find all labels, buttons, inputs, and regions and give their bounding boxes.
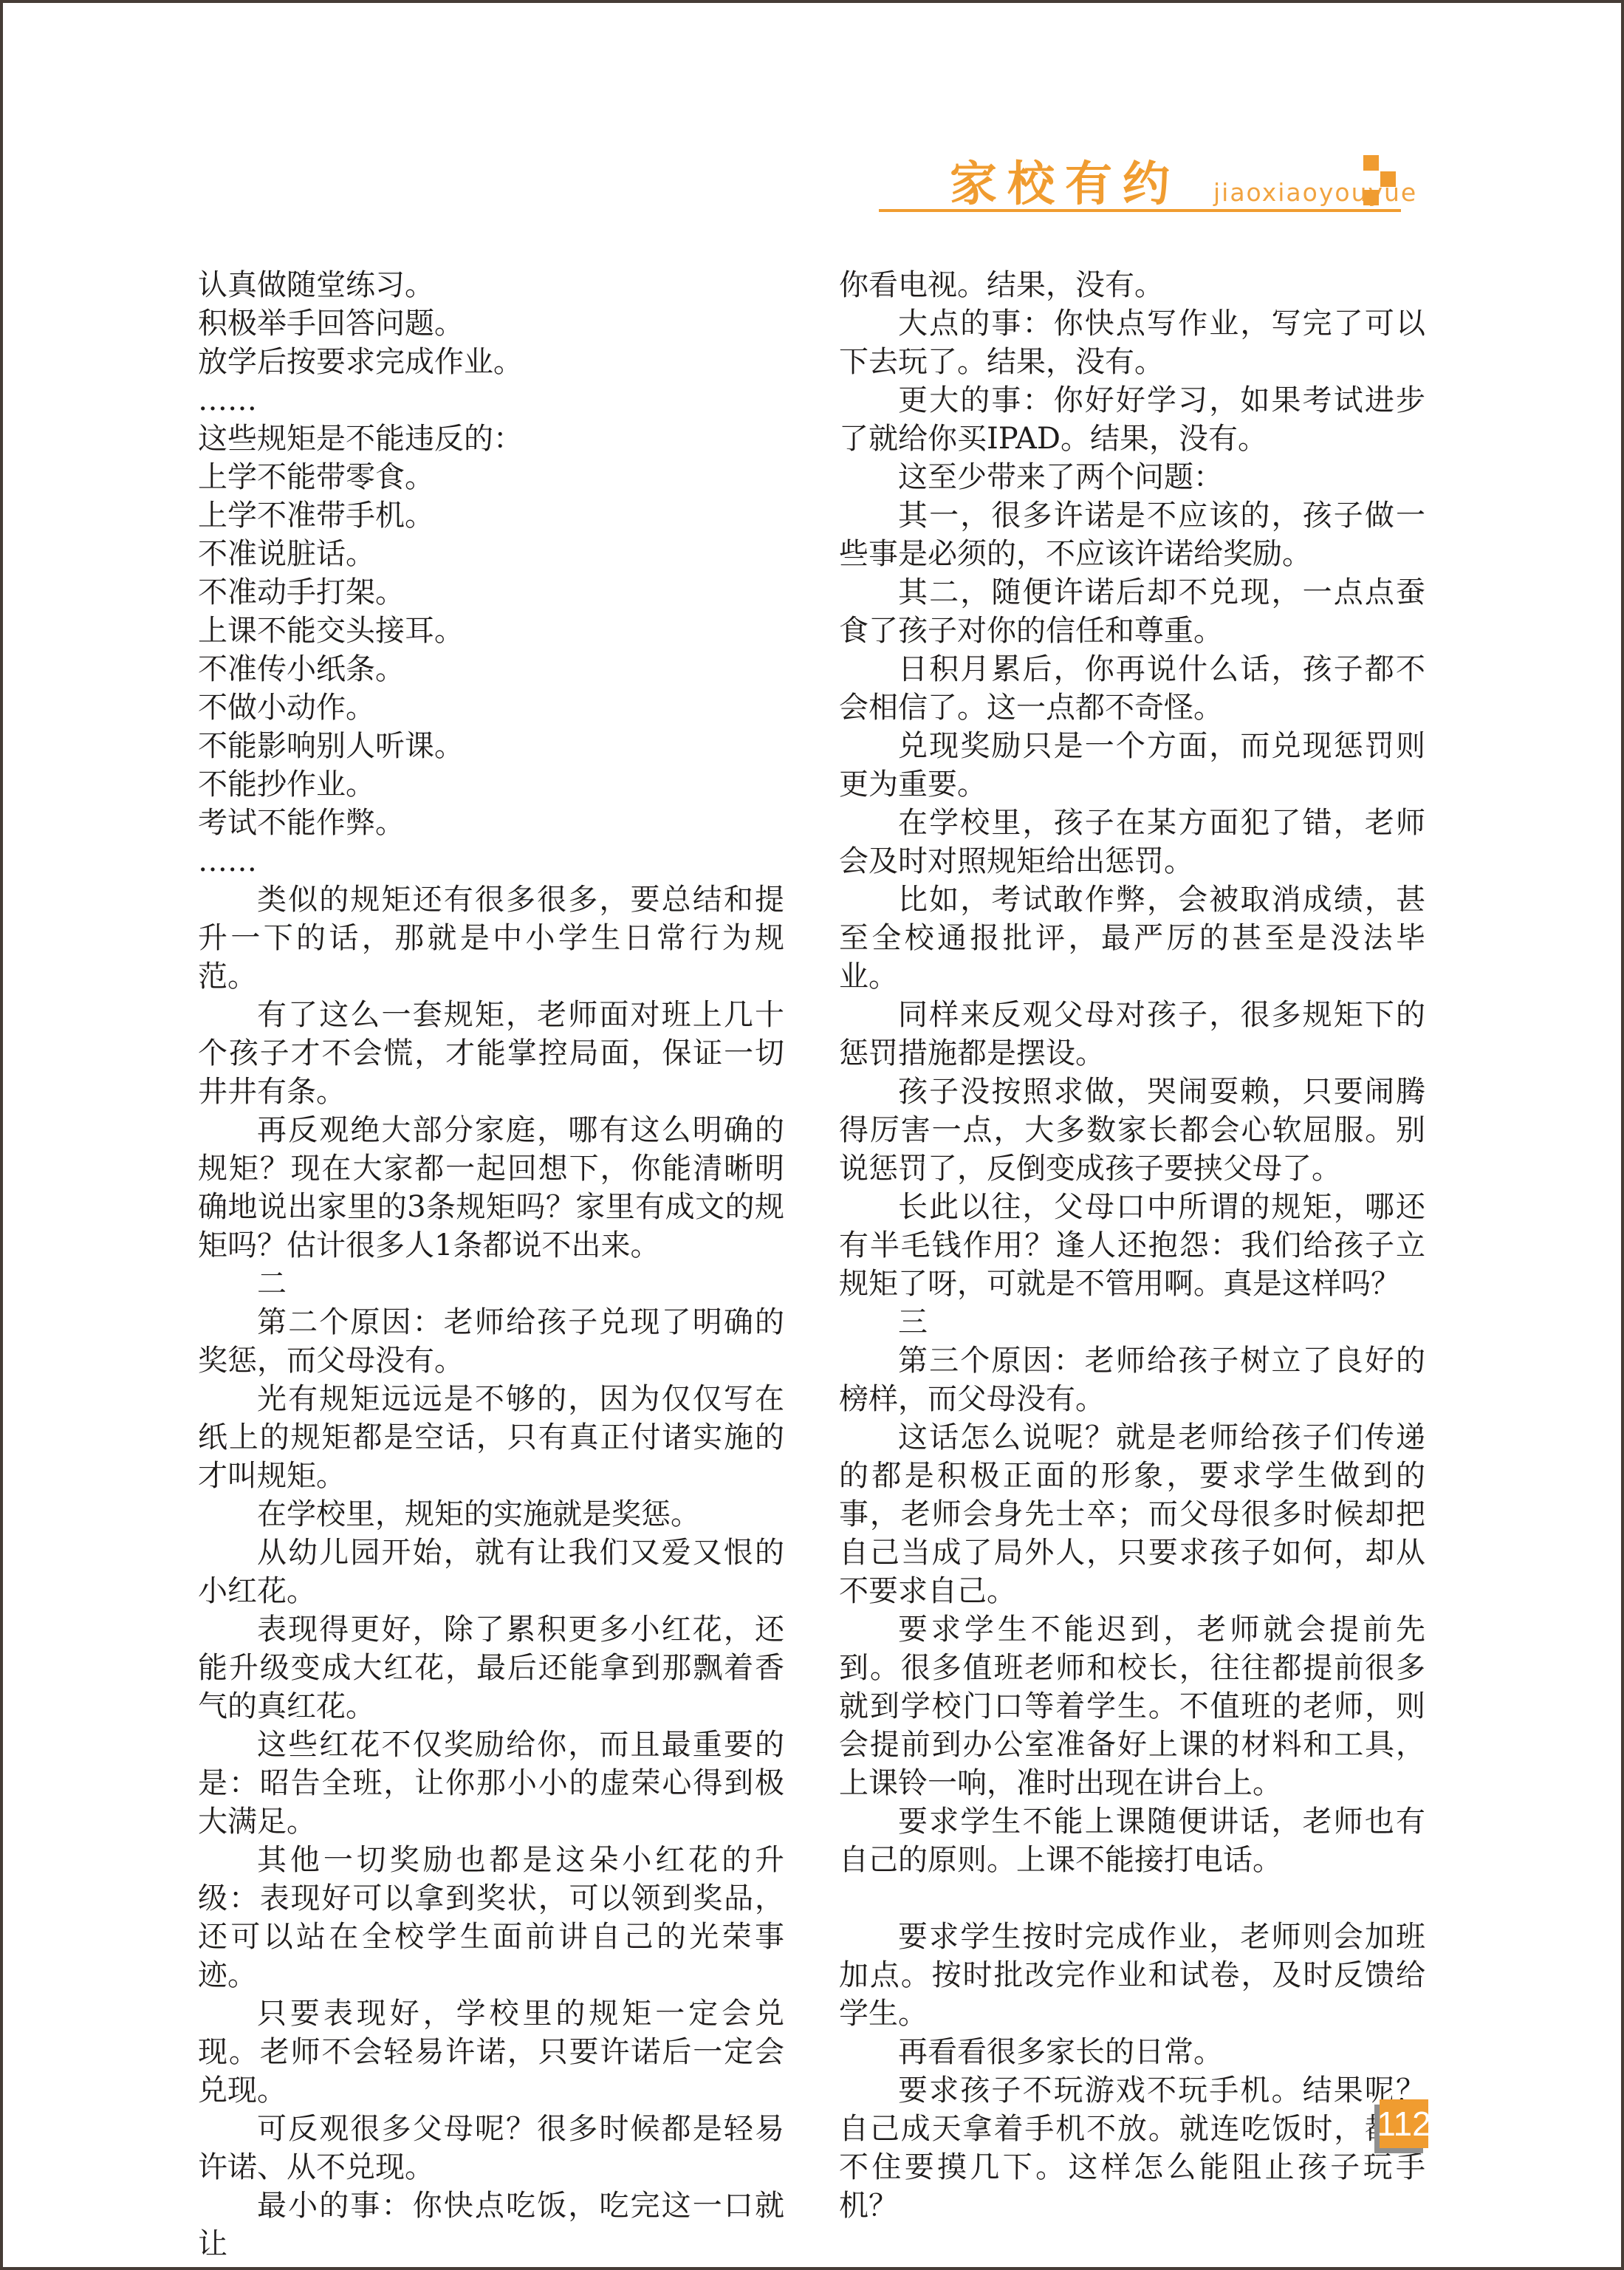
paragraph: 可反观很多父母呢？很多时候都是轻易许诺、从不兑现。 — [198, 2110, 784, 2187]
paragraph: 兑现奖励只是一个方面，而兑现惩罚则更为重要。 — [839, 727, 1425, 804]
paragraph: 二 — [198, 1265, 784, 1303]
paragraph: 这话怎么说呢？就是老师给孩子们传递的都是积极正面的形象，要求学生做到的事，老师会… — [839, 1418, 1425, 1610]
page-number: 112 — [1377, 2104, 1431, 2144]
paragraph: 要求学生按时完成作业，老师则会加班加点。按时批改完作业和试卷，及时反馈给学生。 — [839, 1918, 1425, 2033]
paragraph: 不能抄作业。 — [198, 765, 784, 804]
paragraph: 不做小动作。 — [198, 688, 784, 727]
paragraph: 上学不能带零食。 — [198, 458, 784, 496]
paragraph: 第二个原因：老师给孩子兑现了明确的奖惩，而父母没有。 — [198, 1303, 784, 1380]
paragraph: 比如，考试敢作弊，会被取消成绩，甚至全校通报批评，最严厉的甚至是没法毕业。 — [839, 881, 1425, 996]
paragraph: 你看电视。结果，没有。 — [839, 266, 1425, 304]
paragraph: 更大的事：你好好学习，如果考试进步了就给你买IPAD。结果，没有。 — [839, 381, 1425, 458]
paragraph: 这些红花不仅奖励给你，而且最重要的是：昭告全班，让你那小小的虚荣心得到极大满足。 — [198, 1726, 784, 1841]
paragraph: 在学校里，孩子在某方面犯了错，老师会及时对照规矩给出惩罚。 — [839, 804, 1425, 881]
right-column: 你看电视。结果，没有。大点的事：你快点写作业，写完了可以下去玩了。结果，没有。更… — [839, 266, 1425, 2225]
paragraph: 从幼儿园开始，就有让我们又爱又恨的小红花。 — [198, 1534, 784, 1610]
paragraph: 要求学生不能上课随便讲话，老师也有自己的原则。上课不能接打电话。 — [839, 1802, 1425, 1879]
magazine-page: 家校有约 jiaoxiaoyouyue 认真做随堂练习。积极举手回答问题。放学后… — [0, 0, 1624, 2270]
square-icon — [1363, 190, 1379, 205]
paragraph: 考试不能作弊。 — [198, 804, 784, 842]
paragraph: 不能影响别人听课。 — [198, 727, 784, 765]
paragraph: 要求学生不能迟到，老师就会提前先到。很多值班老师和校长，往往都提前很多就到学校门… — [839, 1610, 1425, 1802]
paragraph: 不准传小纸条。 — [198, 650, 784, 688]
paragraph: 同样来反观父母对孩子，很多规矩下的惩罚措施都是摆设。 — [839, 996, 1425, 1073]
paragraph: 第三个原因：老师给孩子树立了良好的榜样，而父母没有。 — [839, 1341, 1425, 1418]
paragraph: 在学校里，规矩的实施就是奖惩。 — [198, 1495, 784, 1534]
squares-icon — [1363, 155, 1397, 207]
page-number-badge: 112 — [1380, 2099, 1428, 2148]
paragraph: 其二，随便许诺后却不兑现，一点点蚕食了孩子对你的信任和尊重。 — [839, 573, 1425, 650]
paragraph: 只要表现好，学校里的规矩一定会兑现。老师不会轻易许诺，只要许诺后一定会兑现。 — [198, 1994, 784, 2110]
paragraph: 这些规矩是不能违反的： — [198, 420, 784, 458]
paragraph: 要求孩子不玩游戏不玩手机。结果呢？自己成天拿着手机不放。就连吃饭时，都忍不住要摸… — [839, 2071, 1425, 2225]
paragraph: 不准动手打架。 — [198, 573, 784, 612]
paragraph: 三 — [839, 1303, 1425, 1341]
paragraph: 不准说脏话。 — [198, 535, 784, 573]
paragraph: 再看看很多家长的日常。 — [839, 2033, 1425, 2071]
paragraph: 积极举手回答问题。 — [198, 304, 784, 343]
paragraph: 上学不准带手机。 — [198, 496, 784, 535]
paragraph: …… — [198, 381, 784, 420]
left-column: 认真做随堂练习。积极举手回答问题。放学后按要求完成作业。……这些规矩是不能违反的… — [198, 266, 784, 2263]
paragraph: 这至少带来了两个问题： — [839, 458, 1425, 496]
paragraph: 长此以往，父母口中所谓的规矩，哪还有半毛钱作用？逢人还抱怨：我们给孩子立规矩了呀… — [839, 1188, 1425, 1303]
paragraph: 表现得更好，除了累积更多小红花，还能升级变成大红花，最后还能拿到那飘着香气的真红… — [198, 1610, 784, 1726]
page-title: 家校有约 — [950, 161, 1180, 208]
paragraph: 类似的规矩还有很多很多，要总结和提升一下的话，那就是中小学生日常行为规范。 — [198, 881, 784, 996]
paragraph-gap — [839, 1879, 1425, 1918]
paragraph: 有了这么一套规矩，老师面对班上几十个孩子才不会慌，才能掌控局面，保证一切井井有条… — [198, 996, 784, 1111]
paragraph: 日积月累后，你再说什么话，孩子都不会相信了。这一点都不奇怪。 — [839, 650, 1425, 727]
paragraph: 其一，很多许诺是不应该的，孩子做一些事是必须的，不应该许诺给奖励。 — [839, 496, 1425, 573]
paragraph: 最小的事：你快点吃饭，吃完这一口就让 — [198, 2187, 784, 2263]
paragraph: 其他一切奖励也都是这朵小红花的升级：表现好可以拿到奖状，可以领到奖品，还可以站在… — [198, 1841, 784, 1994]
paragraph: …… — [198, 842, 784, 881]
paragraph: 上课不能交头接耳。 — [198, 612, 784, 650]
paragraph: 放学后按要求完成作业。 — [198, 343, 784, 381]
square-icon — [1363, 155, 1379, 171]
paragraph: 再反观绝大部分家庭，哪有这么明确的规矩？现在大家都一起回想下，你能清晰明确地说出… — [198, 1111, 784, 1265]
paragraph: 光有规矩远远是不够的，因为仅仅写在纸上的规矩都是空话，只有真正付诸实施的才叫规矩… — [198, 1380, 784, 1495]
header-underline — [879, 209, 1401, 212]
square-icon — [1380, 171, 1396, 187]
paragraph: 认真做随堂练习。 — [198, 266, 784, 304]
paragraph: 孩子没按照求做，哭闹耍赖，只要闹腾得厉害一点，大多数家长都会心软屈服。别说惩罚了… — [839, 1073, 1425, 1188]
paragraph: 大点的事：你快点写作业，写完了可以下去玩了。结果，没有。 — [839, 304, 1425, 381]
